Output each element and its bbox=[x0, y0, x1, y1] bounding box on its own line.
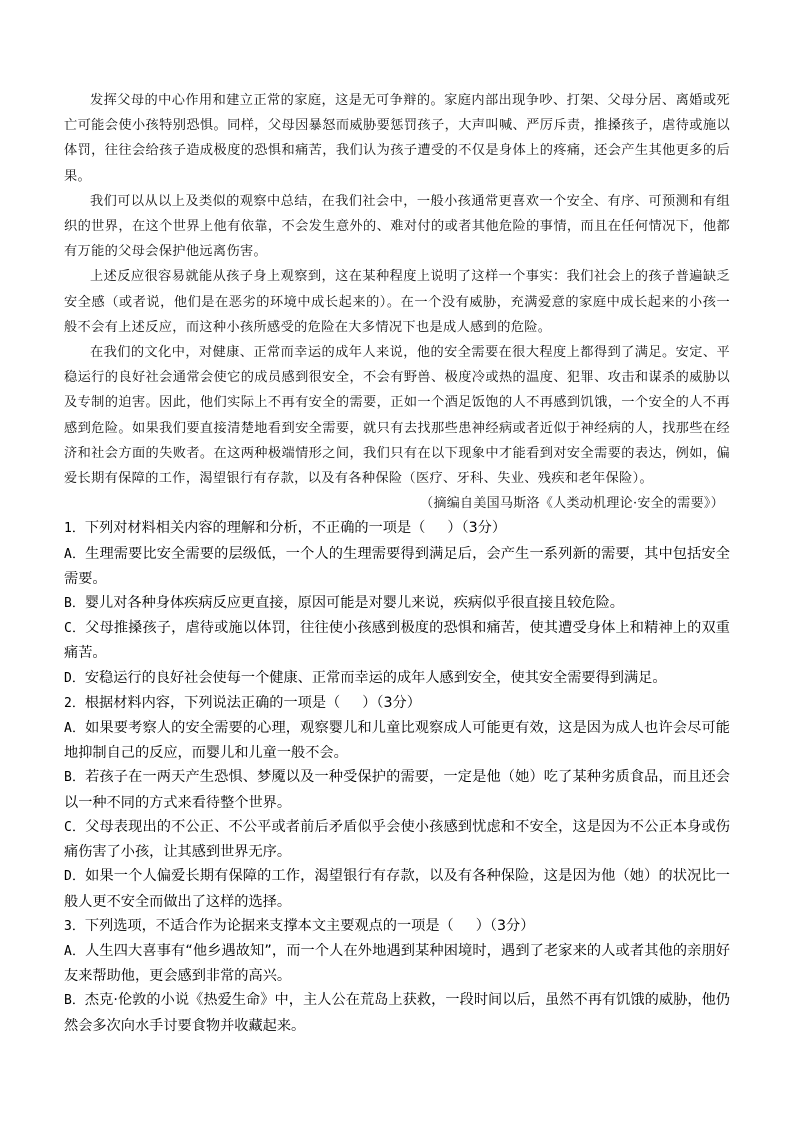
option-label: A． bbox=[64, 944, 85, 959]
option-label: B． bbox=[64, 770, 85, 785]
question-2: 2．根据材料内容，下列说法正确的一项是（）（3分） A．如果要考察人的安全需要的… bbox=[64, 691, 730, 914]
option-d[interactable]: D．如果一个人偏爱长期有保障的工作，渴望银行有存款，以及有各种保险，这是因为他（… bbox=[64, 864, 730, 913]
question-text: 下列对材料相关内容的理解和分析，不正确的一项是（ bbox=[85, 520, 426, 536]
option-a[interactable]: A．人生四大喜事有“他乡遇故知”，而一个人在外地遇到某种困境时，遇到了老家来的人… bbox=[64, 939, 730, 988]
document-page: 发挥父母的中心作用和建立正常的家庭，这是无可争辩的。家庭内部出现争吵、打架、父母… bbox=[64, 88, 730, 1038]
question-number: 3． bbox=[64, 919, 85, 934]
question-text: 下列选项，不适合作为论据来支撑本文主要观点的一项是（ bbox=[85, 918, 454, 934]
question-stem: 2．根据材料内容，下列说法正确的一项是（）（3分） bbox=[64, 691, 730, 716]
option-a[interactable]: A．生理需要比安全需要的层级低，一个人的生理需要得到满足后，会产生一系列新的需要… bbox=[64, 542, 730, 591]
passage-paragraph: 在我们的文化中，对健康、正常而幸运的成年人来说，他的安全需要在很大程度上都得到了… bbox=[64, 340, 730, 491]
option-d[interactable]: D．安稳运行的良好社会使每一个健康、正常而幸运的成年人感到安全，使其安全需要得到… bbox=[64, 666, 730, 691]
question-3: 3．下列选项，不适合作为论据来支撑本文主要观点的一项是（）（3分） A．人生四大… bbox=[64, 914, 730, 1038]
question-stem: 1．下列对材料相关内容的理解和分析，不正确的一项是（）（3分） bbox=[64, 516, 730, 541]
option-c[interactable]: C．父母推搡孩子，虐待或施以体罚，往往使小孩感到极度的恐惧和痛苦，使其遭受身体上… bbox=[64, 616, 730, 665]
option-text: 父母推搡孩子，虐待或施以体罚，往往使小孩感到极度的恐惧和痛苦，使其遭受身体上和精… bbox=[64, 620, 730, 661]
option-b[interactable]: B．婴儿对各种身体疾病反应更直接，原因可能是对婴儿来说，疾病似乎很直接且较危险。 bbox=[64, 591, 730, 616]
option-label: C． bbox=[64, 621, 85, 636]
option-text: 父母表现出的不公正、不公平或者前后矛盾似乎会使小孩感到忧虑和不安全，这是因为不公… bbox=[64, 819, 730, 860]
option-label: B． bbox=[64, 596, 85, 611]
option-b[interactable]: B．若孩子在一两天产生恐惧、梦魇以及一种受保护的需要，一定是他（她）吃了某种劣质… bbox=[64, 765, 730, 814]
question-score: ）（3分） bbox=[447, 520, 506, 536]
question-list: 1．下列对材料相关内容的理解和分析，不正确的一项是（）（3分） A．生理需要比安… bbox=[64, 516, 730, 1037]
option-label: C． bbox=[64, 820, 85, 835]
question-number: 2． bbox=[64, 696, 85, 711]
question-text: 根据材料内容，下列说法正确的一项是（ bbox=[85, 695, 340, 711]
option-text: 若孩子在一两天产生恐惧、梦魇以及一种受保护的需要，一定是他（她）吃了某种劣质食品… bbox=[64, 769, 730, 810]
option-text: 生理需要比安全需要的层级低，一个人的生理需要得到满足后，会产生一系列新的需要，其… bbox=[64, 546, 730, 587]
question-score: ）（3分） bbox=[476, 918, 535, 934]
question-score: ）（3分） bbox=[362, 695, 421, 711]
option-text: 如果要考察人的安全需要的心理，观察婴儿和儿童比观察成人可能更有效，这是因为成人也… bbox=[64, 720, 730, 761]
passage-paragraph: 我们可以从以上及类似的观察中总结，在我们社会中，一般小孩通常更喜欢一个安全、有序… bbox=[64, 189, 730, 265]
question-number: 1． bbox=[64, 521, 85, 536]
option-b[interactable]: B．杰克·伦敦的小说《热爱生命》中，主人公在荒岛上获救，一段时间以后，虽然不再有… bbox=[64, 988, 730, 1037]
passage-paragraph: 发挥父母的中心作用和建立正常的家庭，这是无可争辩的。家庭内部出现争吵、打架、父母… bbox=[64, 88, 730, 189]
option-text: 人生四大喜事有“他乡遇故知”，而一个人在外地遇到某种困境时，遇到了老家来的人或者… bbox=[64, 943, 730, 984]
option-c[interactable]: C．父母表现出的不公正、不公平或者前后矛盾似乎会使小孩感到忧虑和不安全，这是因为… bbox=[64, 815, 730, 864]
option-text: 婴儿对各种身体疾病反应更直接，原因可能是对婴儿来说，疾病似乎很直接且较危险。 bbox=[85, 595, 624, 611]
option-a[interactable]: A．如果要考察人的安全需要的心理，观察婴儿和儿童比观察成人可能更有效，这是因为成… bbox=[64, 716, 730, 765]
passage-paragraph: 上述反应很容易就能从孩子身上观察到，这在某种程度上说明了这样一个事实：我们社会上… bbox=[64, 264, 730, 340]
question-1: 1．下列对材料相关内容的理解和分析，不正确的一项是（）（3分） A．生理需要比安… bbox=[64, 516, 730, 690]
question-stem: 3．下列选项，不适合作为论据来支撑本文主要观点的一项是（）（3分） bbox=[64, 914, 730, 939]
option-text: 安稳运行的良好社会使每一个健康、正常而幸运的成年人感到安全，使其安全需要得到满足… bbox=[85, 670, 667, 686]
option-label: B． bbox=[64, 993, 85, 1008]
option-text: 如果一个人偏爱长期有保障的工作，渴望银行有存款，以及有各种保险，这是因为他（她）… bbox=[64, 868, 730, 909]
option-label: A． bbox=[64, 721, 85, 736]
option-label: D． bbox=[64, 869, 85, 884]
source-citation: （摘编自美国马斯洛《人类动机理论·安全的需要》） bbox=[64, 491, 730, 516]
option-label: A． bbox=[64, 547, 85, 562]
option-label: D． bbox=[64, 671, 85, 686]
reading-passage: 发挥父母的中心作用和建立正常的家庭，这是无可争辩的。家庭内部出现争吵、打架、父母… bbox=[64, 88, 730, 516]
option-text: 杰克·伦敦的小说《热爱生命》中，主人公在荒岛上获救，一段时间以后，虽然不再有饥饿… bbox=[64, 992, 730, 1033]
